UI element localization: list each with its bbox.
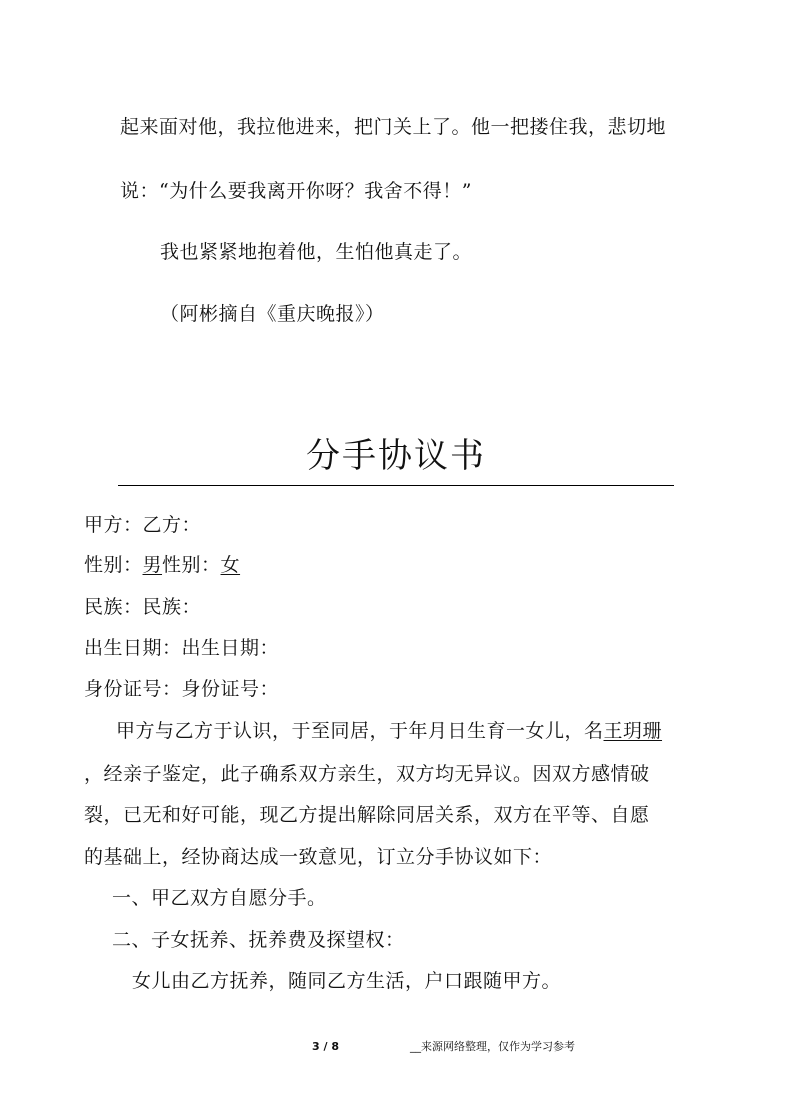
id-number-line: 身份证号：身份证号： (84, 677, 279, 701)
story-line-3: 我也紧紧地抱着他，生怕他真走了。 (160, 240, 472, 264)
source-note: __来源网络整理，仅作为学习参考 (410, 1040, 575, 1054)
story-line-1: 起来面对他，我拉他进来，把门关上了。他一把搂住我，悲切地 (120, 115, 666, 139)
body-line-1: 甲方与乙方于认识，于至同居，于年月日生育一女儿，名王玥珊 (116, 719, 662, 743)
birthdate-line: 出生日期：出生日期： (84, 636, 279, 660)
gender-label-b: 性别： (162, 554, 221, 576)
clause-2: 二、子女抚养、抚养费及探望权： (112, 928, 405, 952)
gender-line: 性别：男性别：女 (84, 553, 240, 577)
page-number: 3 / 8 (312, 1040, 339, 1054)
title-divider (118, 485, 674, 486)
party-line: 甲方：乙方： (84, 513, 201, 537)
body-line-2: ，经亲子鉴定，此子确系双方亲生，双方均无异议。因双方感情破 (84, 762, 650, 786)
ethnicity-line: 民族：民族： (84, 595, 201, 619)
body-line-4: 的基础上，经协商达成一致意见，订立分手协议如下： (84, 845, 552, 869)
agreement-title: 分手协议书 (0, 434, 792, 478)
clause-1: 一、甲乙双方自愿分手。 (112, 886, 327, 910)
story-source-citation: （阿彬摘自《重庆晚报》） (160, 302, 385, 326)
body-line-1-text: 甲方与乙方于认识，于至同居，于年月日生育一女儿，名 (116, 720, 604, 742)
gender-value-a: 男 (143, 554, 163, 576)
body-line-3: 裂，已无和好可能，现乙方提出解除同居关系，双方在平等、自愿 (84, 803, 650, 827)
gender-label-a: 性别： (84, 554, 143, 576)
child-name: 王玥珊 (604, 720, 663, 742)
clause-2-detail: 女儿由乙方抚养，随同乙方生活，户口跟随甲方。 (132, 969, 561, 993)
gender-value-b: 女 (221, 554, 241, 576)
story-line-2: 说：“为什么要我离开你呀？我舍不得！” (120, 179, 472, 203)
